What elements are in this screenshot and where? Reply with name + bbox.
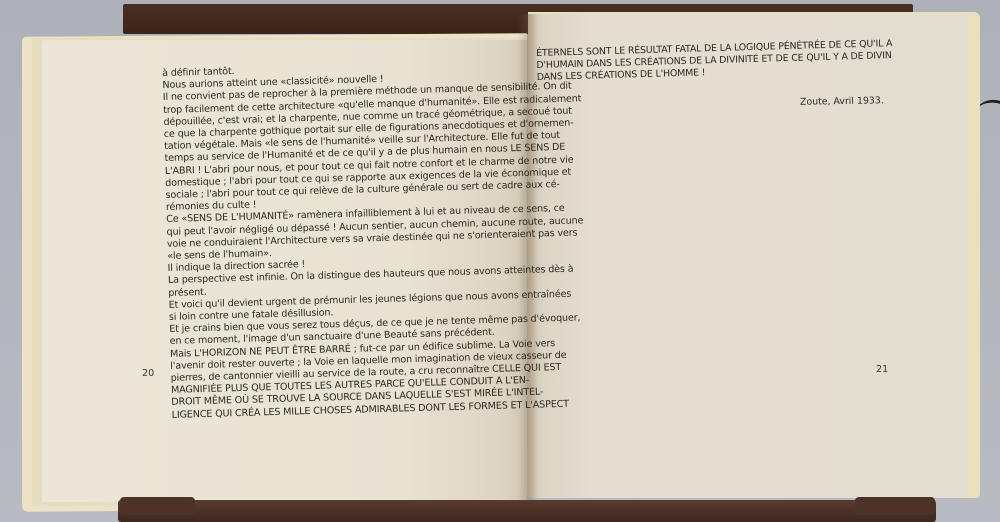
book-stand-ledge [118, 500, 936, 522]
place-date-signoff: Zoute, Avril 1933. [800, 95, 884, 107]
book-stand-clip-right [855, 497, 935, 515]
page-number-right: 21 [876, 364, 888, 375]
page-number-left: 20 [142, 368, 154, 379]
book-stand-clip-left [120, 497, 195, 515]
right-page [528, 14, 968, 498]
left-page-text: à définir tantôt. Nous aurions atteint u… [162, 58, 524, 422]
